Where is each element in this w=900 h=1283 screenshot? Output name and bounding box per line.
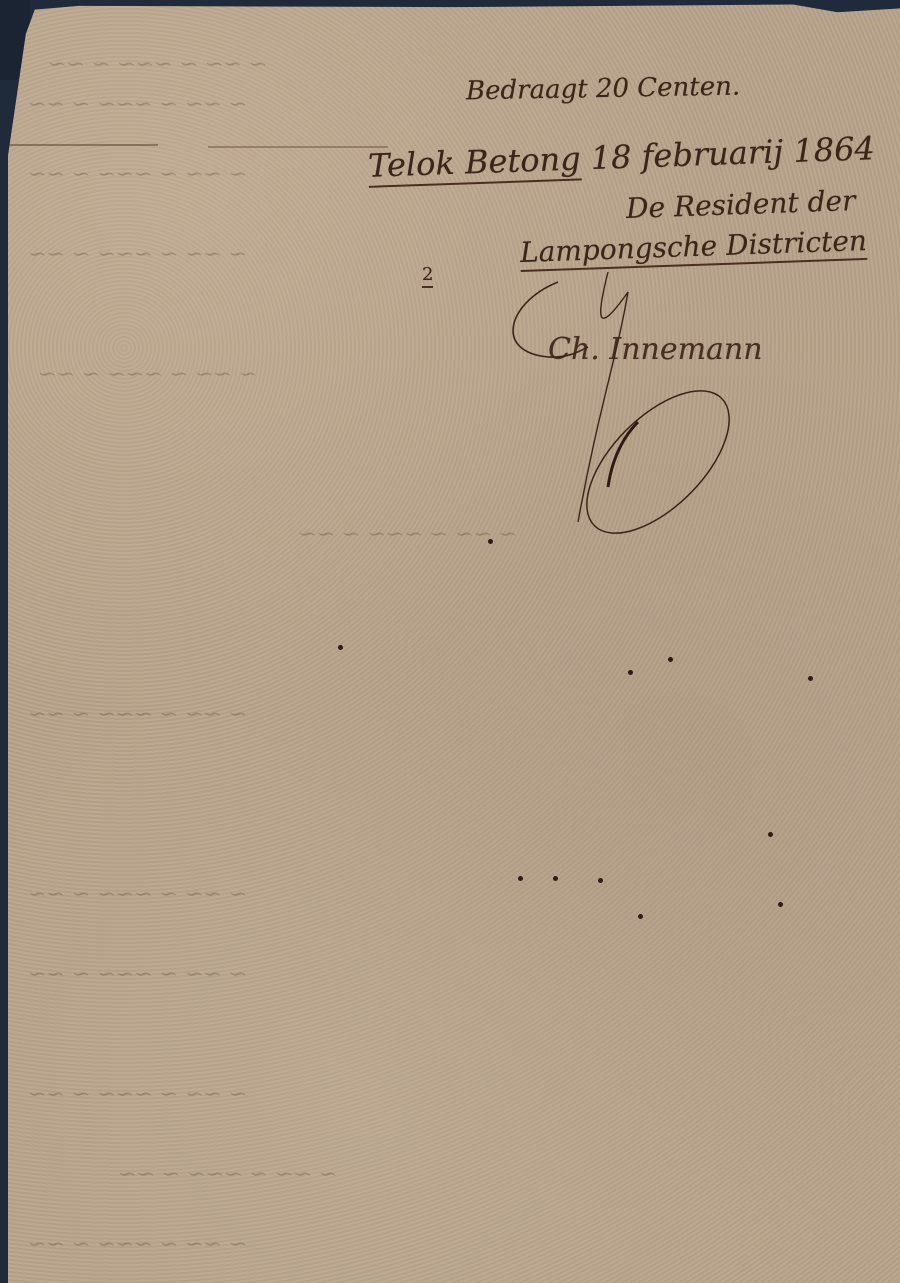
bleed-through-line: ~ ~~ ~ ~~~ ~ ~~ [24,1082,251,1107]
ink-speck [628,670,633,675]
bleed-through-line: ~ ~~ ~ ~~~ ~ ~~ [24,882,251,907]
bleed-through-line: ~ ~~ ~ ~~~ ~ ~~ [24,1232,251,1257]
bleed-through-line: ~ ~~ ~ ~~~ ~ ~~ [294,522,521,547]
place-date-line: Telok Betong 18 februarij 1864 [367,129,875,185]
scanned-document: ~ ~~ ~ ~~~ ~ ~~ ~ ~~ ~ ~~~ ~ ~~ ~ ~~ ~ ~… [0,0,900,1283]
ink-speck [518,876,523,881]
bleed-through-line: ~ ~~ ~ ~~~ ~ ~~ [24,162,251,187]
ruled-line [8,144,158,146]
ink-speck [668,657,673,662]
ink-speck [768,832,773,837]
author-title-line: De Resident der [625,184,855,225]
date-text: 18 februarij 1864 [590,129,875,177]
bleed-through-line: ~ ~~ ~ ~~~ ~ ~~ [24,702,251,727]
ink-speck [638,914,643,919]
amount-line: Bedraagt 20 Centen. [466,72,741,107]
ink-speck [338,645,343,650]
signature-flourish [498,272,758,542]
bleed-through-line: ~ ~~ ~ ~~~ ~ ~~ [114,1162,341,1187]
bleed-through-line: ~ ~~ ~ ~~~ ~ ~~ [44,52,271,77]
bleed-through-line: ~ ~~ ~ ~~~ ~ ~~ [24,92,251,117]
place-name: Telok Betong [367,139,581,187]
ink-speck [488,539,493,544]
margin-mark: 2 [422,264,433,288]
paper-sheet: ~ ~~ ~ ~~~ ~ ~~ ~ ~~ ~ ~~~ ~ ~~ ~ ~~ ~ ~… [8,2,900,1283]
ink-speck [598,878,603,883]
ink-speck [553,876,558,881]
ruled-line [208,146,388,148]
bleed-through-line: ~ ~~ ~ ~~~ ~ ~~ [24,962,251,987]
bleed-through-line: ~ ~~ ~ ~~~ ~ ~~ [34,362,261,387]
district-line: Lampongsche Districten [519,224,867,272]
signature: Ch. Innemann [548,332,763,367]
ink-speck [808,676,813,681]
bleed-through-line: ~ ~~ ~ ~~~ ~ ~~ [24,242,251,267]
ink-speck [778,902,783,907]
